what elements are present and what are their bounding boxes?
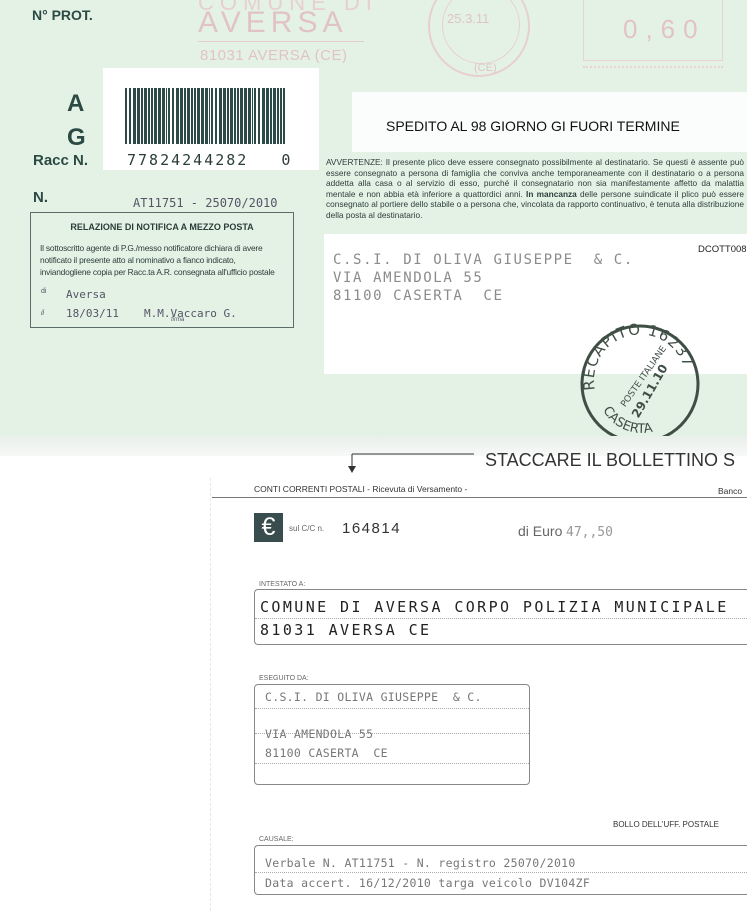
meter-sender-city: AVERSA (198, 6, 348, 40)
payer-divider (255, 708, 529, 709)
payee-divider (255, 618, 747, 619)
protocol-number-label: N° PROT. (32, 7, 93, 23)
amount-value[interactable]: 47,,50 (566, 525, 613, 540)
recipient-name: C.S.I. DI OLIVA GIUSEPPE & C. (333, 252, 634, 268)
reason-line-1: Verbale N. AT11751 - N. registro 25070/2… (265, 856, 576, 870)
account-number: 164814 (342, 520, 401, 537)
report-date-label: il (41, 310, 44, 317)
barcode-icon (125, 88, 285, 144)
amount-label: di Euro (518, 523, 562, 539)
cut-instruction: STACCARE IL BOLLETTINO S (485, 450, 735, 471)
act-number: AT11751 - 25070/2010 (133, 196, 278, 210)
meter-divider (198, 41, 364, 42)
shipping-note: SPEDITO AL 98 GIORNO GI FUORI TERMINE (386, 118, 680, 134)
payer-street: VIA AMENDOLA 55 (265, 727, 373, 741)
account-label: sul C/C n. (289, 524, 324, 533)
report-date: 18/03/11 (66, 307, 119, 320)
postmark-province: (CE) (474, 62, 497, 74)
post-office-stamp-label: BOLLO DELL'UFF. POSTALE (613, 820, 719, 829)
barcode-number: 77824244282 0 (127, 151, 292, 169)
notification-report-box: RELAZIONE DI NOTIFICA A MEZZO POSTA Il s… (30, 212, 294, 328)
delivery-stamp-icon: RECAPITO 16237 CASERTA POSTE ITALIANE 29… (575, 320, 705, 445)
report-title: RELAZIONE DI NOTIFICA A MEZZO POSTA (31, 222, 293, 232)
report-place-label: di (41, 288, 46, 295)
payee-name: COMUNE DI AVERSA CORPO POLIZIA MUNICIPAL… (260, 598, 729, 616)
report-body: Il sottoscritto agente di P.G./messo not… (40, 242, 288, 278)
letter-a: A (67, 90, 84, 118)
payer-name: C.S.I. DI OLIVA GIUSEPPE & C. (265, 690, 482, 704)
postmark-date: 25.3.11 (447, 11, 489, 26)
slip-header-right: Banco (718, 486, 742, 496)
euro-icon: € (254, 513, 283, 542)
reason-label: CAUSALE: (256, 836, 297, 843)
postage-value: 0,60 (623, 14, 706, 45)
meter-sender-address: 81031 AVERSA (CE) (200, 47, 347, 64)
warning-bold: In mancanza (526, 189, 577, 199)
report-signature-label: firma (171, 317, 184, 323)
payee-label: INTESTATO A: (256, 581, 308, 588)
arrow-down-icon (342, 450, 482, 474)
header-divider (212, 497, 747, 498)
payer-label: ESEGUITO DA: (256, 675, 312, 682)
recipient-street: VIA AMENDOLA 55 (333, 270, 483, 286)
payer-city: 81100 CASERTA CE (265, 746, 388, 760)
reason-divider (255, 872, 747, 873)
report-place: Aversa (66, 288, 106, 301)
reason-line-2: Data accert. 16/12/2010 targa veicolo DV… (265, 876, 590, 890)
recipient-city: 81100 CASERTA CE (333, 288, 504, 304)
meter-wave-line (583, 60, 723, 68)
report-signature: M.M.Vaccaro G. (144, 307, 237, 320)
payee-city: 81031 AVERSA CE (260, 621, 431, 639)
recipient-code: DCOTT0086 (698, 244, 747, 255)
n-label: N. (33, 189, 48, 206)
slip-header-label: CONTI CORRENTI POSTALI - Ricevuta di Ver… (254, 484, 467, 494)
letter-g: G (67, 124, 86, 152)
payer-divider (255, 763, 529, 764)
delivery-warning: AVVERTENZE: Il presente plico deve esser… (326, 157, 744, 221)
racc-label: Racc N. (33, 152, 88, 169)
